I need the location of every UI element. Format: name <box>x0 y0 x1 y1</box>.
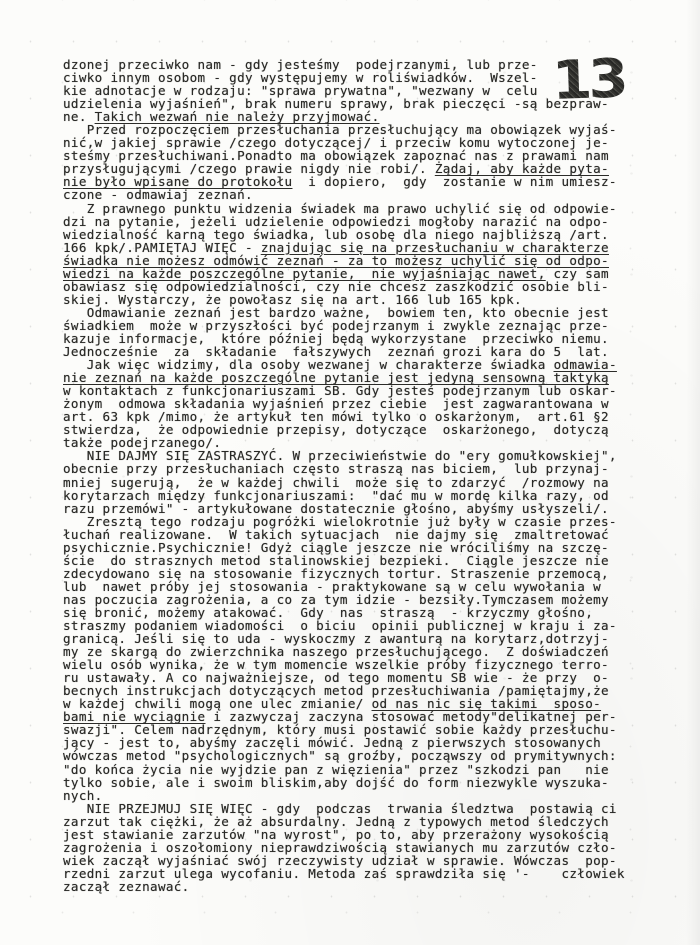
document-text: dzonej przeciwko nam - gdy jesteśmy pode… <box>63 58 680 893</box>
text-line: zaczął zeznawać. <box>63 880 680 893</box>
text-line: tylko sobie, ale i swoim bliskim,aby doj… <box>63 776 680 789</box>
scanned-page: 13 dzonej przeciwko nam - gdy jesteśmy p… <box>0 0 700 945</box>
